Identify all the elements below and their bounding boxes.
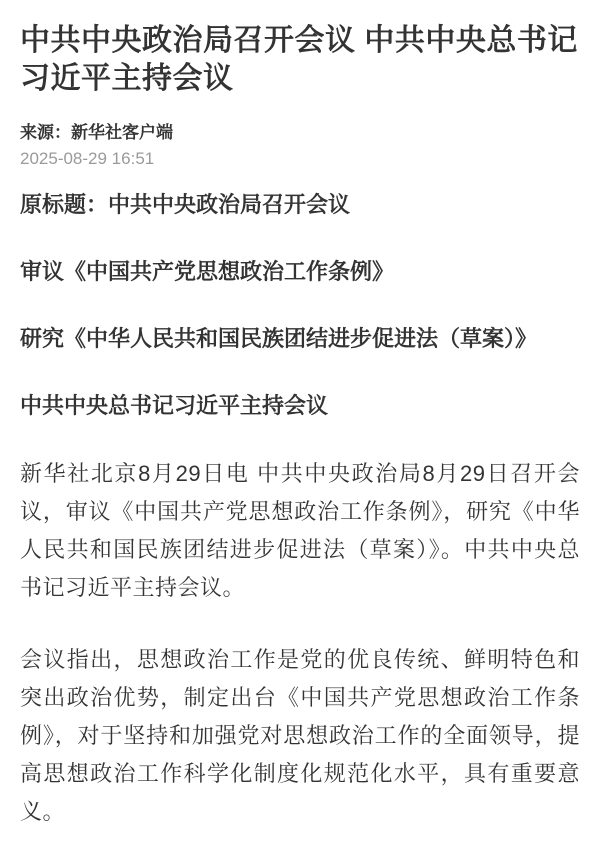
article-subheading-original-title: 原标题：中共中央政治局召开会议 — [20, 190, 580, 220]
article-paragraph-1: 新华社北京8月29日电 中共中央政治局8月29日召开会议，审议《中国共产党思想政… — [20, 455, 580, 607]
article-subheading-review: 审议《中国共产党思想政治工作条例》 — [20, 257, 580, 287]
article-source: 来源：新华社客户端 — [20, 122, 580, 144]
article-page: 中共中央政治局召开会议 中共中央总书记习近平主持会议 来源：新华社客户端 202… — [0, 22, 600, 831]
article-timestamp: 2025-08-29 16:51 — [20, 148, 580, 170]
article-paragraph-2: 会议指出，思想政治工作是党的优良传统、鲜明特色和突出政治优势，制定出台《中国共产… — [20, 641, 580, 831]
article-title: 中共中央政治局召开会议 中共中央总书记习近平主持会议 — [20, 22, 580, 98]
article-subheading-study: 研究《中华人民共和国民族团结进步促进法（草案）》 — [20, 324, 580, 354]
article-subheading-chair: 中共中央总书记习近平主持会议 — [20, 391, 580, 421]
